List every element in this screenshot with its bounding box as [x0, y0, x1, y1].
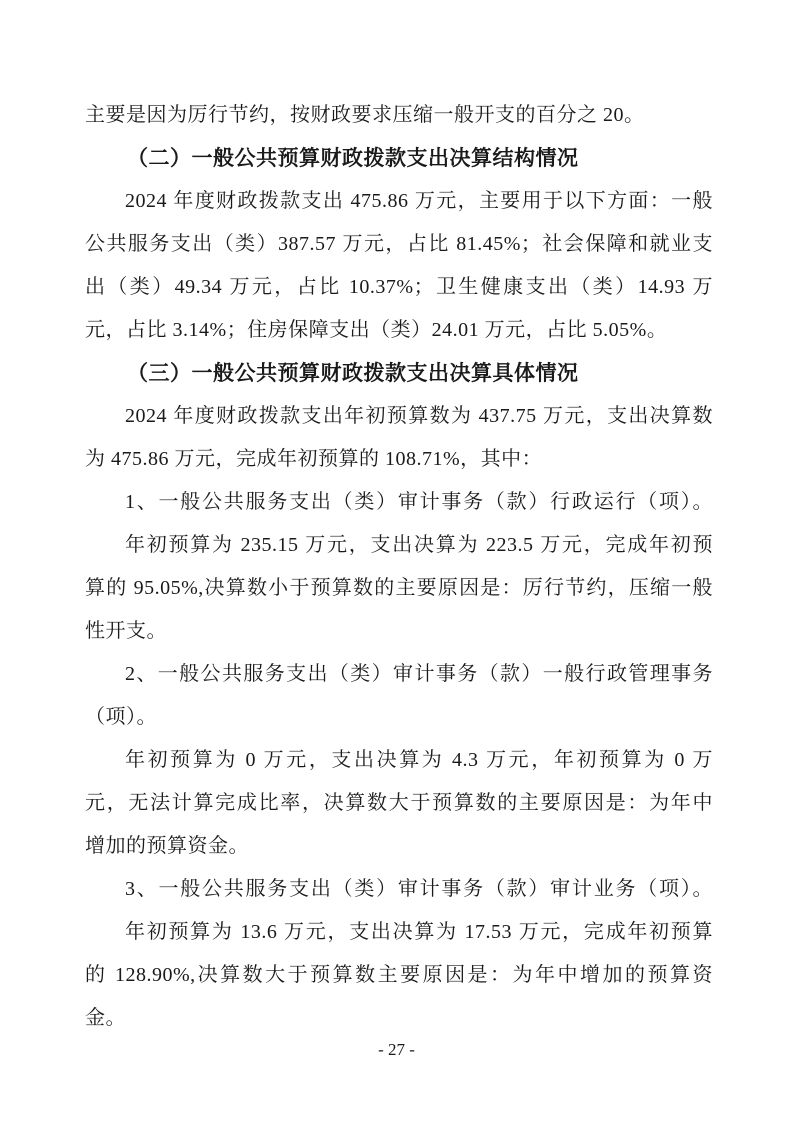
paragraph-line: 性开支。: [85, 610, 713, 653]
list-item-1-line: 1、一般公共服务支出（类）审计事务（款）行政运行（项）。: [85, 481, 713, 524]
paragraph-line: 年初预算为 235.15 万元，支出决算为 223.5 万元，完成年初预: [85, 524, 713, 567]
paragraph-line: 的 128.90%,决算数大于预算数主要原因是：为年中增加的预算资: [85, 954, 713, 997]
page-footer: - 27 -: [0, 1038, 793, 1062]
paragraph-line: 2024 年度财政拨款支出年初预算数为 437.75 万元，支出决算数: [85, 395, 713, 438]
section-heading-two: （二）一般公共预算财政拨款支出决算结构情况: [85, 137, 713, 180]
page-number: - 27 -: [378, 1040, 415, 1059]
paragraph-line: 年初预算为 13.6 万元，支出决算为 17.53 万元，完成年初预算: [85, 911, 713, 954]
paragraph-line: 算的 95.05%,决算数小于预算数的主要原因是：厉行节约，压缩一般: [85, 567, 713, 610]
paragraph-line: 金。: [85, 997, 713, 1040]
paragraph-line: 公共服务支出（类）387.57 万元，占比 81.45%；社会保障和就业支: [85, 223, 713, 266]
document-body: 主要是因为厉行节约，按财政要求压缩一般开支的百分之 20。 （二）一般公共预算财…: [0, 0, 793, 1040]
document-page: 主要是因为厉行节约，按财政要求压缩一般开支的百分之 20。 （二）一般公共预算财…: [0, 0, 793, 1122]
paragraph-line: 为 475.86 万元，完成年初预算的 108.71%，其中：: [85, 438, 713, 481]
section-heading-three: （三）一般公共预算财政拨款支出决算具体情况: [85, 352, 713, 395]
paragraph-line: 增加的预算资金。: [85, 825, 713, 868]
paragraph-line: 2024 年度财政拨款支出 475.86 万元，主要用于以下方面：一般: [85, 180, 713, 223]
paragraph-line: 出（类）49.34 万元，占比 10.37%；卫生健康支出（类）14.93 万: [85, 266, 713, 309]
list-item-2-line: 2、一般公共服务支出（类）审计事务（款）一般行政管理事务: [85, 653, 713, 696]
paragraph-line: 主要是因为厉行节约，按财政要求压缩一般开支的百分之 20。: [85, 94, 713, 137]
list-item-3-line: 3、一般公共服务支出（类）审计事务（款）审计业务（项）。: [85, 868, 713, 911]
paragraph-line: 元，占比 3.14%；住房保障支出（类）24.01 万元，占比 5.05%。: [85, 309, 713, 352]
paragraph-line: （项）。: [85, 696, 713, 739]
paragraph-line: 年初预算为 0 万元，支出决算为 4.3 万元，年初预算为 0 万: [85, 739, 713, 782]
paragraph-line: 元，无法计算完成比率，决算数大于预算数的主要原因是：为年中: [85, 782, 713, 825]
